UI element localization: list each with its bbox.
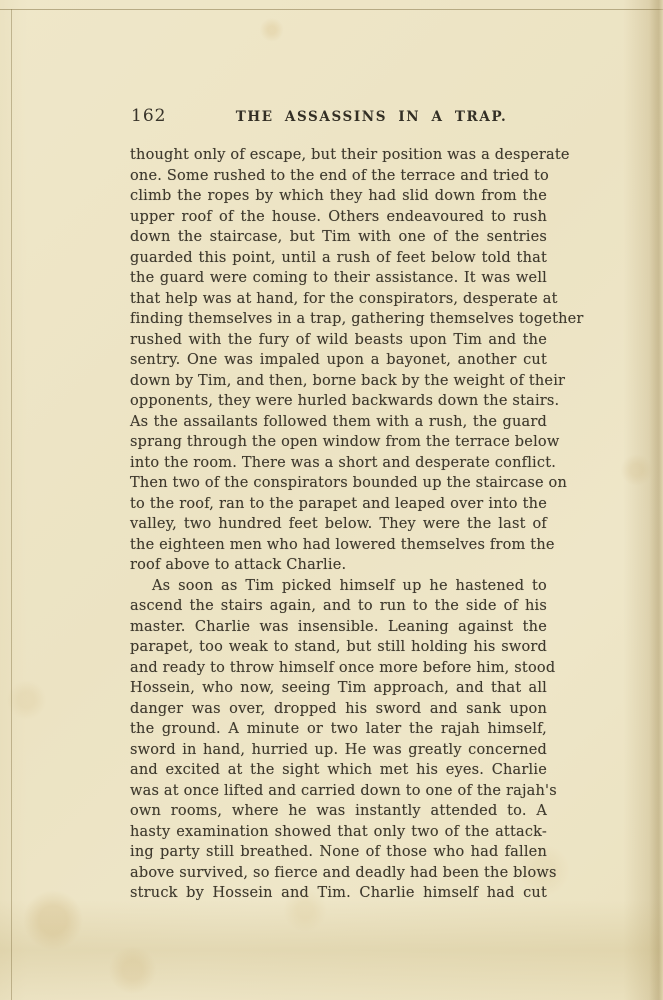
text-line: guarded this point, until a rush of feet… [130, 248, 547, 269]
text-line: the eighteen men who had lowered themsel… [130, 535, 547, 556]
text-line: to the roof, ran to the parapet and leap… [130, 494, 547, 515]
book-page-scan: 162 THE ASSASSINS IN A TRAP. thought onl… [0, 0, 663, 1000]
text-line: upper roof of the house. Others endeavou… [130, 207, 547, 228]
text-line: into the room. There was a short and des… [130, 453, 547, 474]
text-line: that help was at hand, for the conspirat… [130, 289, 547, 310]
page-edge-shadow-right [649, 0, 663, 1000]
text-line: sprang through the open window from the … [130, 432, 547, 453]
text-line: and excited at the sight which met his e… [130, 760, 547, 781]
text-line: sentry. One was impaled upon a bayonet, … [130, 350, 547, 371]
text-line: and ready to throw himself once more bef… [130, 658, 547, 679]
text-line: one. Some rushed to the end of the terra… [130, 166, 547, 187]
text-line: danger was over, dropped his sword and s… [130, 699, 547, 720]
text-line: struck by Hossein and Tim. Charlie himse… [130, 883, 547, 904]
paragraph: As soon as Tim picked himself up he hast… [130, 576, 547, 904]
text-line: As the assailants followed them with a r… [130, 412, 547, 433]
page-content: 162 THE ASSASSINS IN A TRAP. thought onl… [130, 106, 547, 904]
text-line: master. Charlie was insensible. Leaning … [130, 617, 547, 638]
text-line: ascend the stairs again, and to run to t… [130, 596, 547, 617]
text-line: was at once lifted and carried down to o… [130, 781, 547, 802]
text-line: hasty examination showed that only two o… [130, 822, 547, 843]
body-text: thought only of escape, but their positi… [130, 145, 547, 904]
text-line: parapet, too weak to stand, but still ho… [130, 637, 547, 658]
text-line: sword in hand, hurried up. He was greatl… [130, 740, 547, 761]
text-line: thought only of escape, but their positi… [130, 145, 547, 166]
text-line: above survived, so fierce and deadly had… [130, 863, 547, 884]
text-line: rushed with the fury of wild beasts upon… [130, 330, 547, 351]
text-line: As soon as Tim picked himself up he hast… [130, 576, 547, 597]
text-line: Then two of the conspirators bounded up … [130, 473, 547, 494]
text-line: Hossein, who now, seeing Tim approach, a… [130, 678, 547, 699]
text-line: own rooms, where he was instantly attend… [130, 801, 547, 822]
text-line: finding themselves in a trap, gathering … [130, 309, 547, 330]
text-line: climb the ropes by which they had slid d… [130, 186, 547, 207]
paragraph: thought only of escape, but their positi… [130, 145, 547, 576]
text-line: valley, two hundred feet below. They wer… [130, 514, 547, 535]
page-number: 162 [131, 106, 166, 126]
text-line: opponents, they were hurled backwards do… [130, 391, 547, 412]
text-line: down the staircase, but Tim with one of … [130, 227, 547, 248]
text-line: ing party still breathed. None of those … [130, 842, 547, 863]
page-edge-line-left [11, 9, 12, 1000]
text-line: the ground. A minute or two later the ra… [130, 719, 547, 740]
page-edge-line-top [0, 9, 663, 10]
running-header: 162 THE ASSASSINS IN A TRAP. [130, 106, 547, 128]
running-header-title: THE ASSASSINS IN A TRAP. [236, 109, 508, 125]
text-line: down by Tim, and then, borne back by the… [130, 371, 547, 392]
text-line: roof above to attack Charlie. [130, 555, 547, 576]
text-line: the guard were coming to their assistanc… [130, 268, 547, 289]
